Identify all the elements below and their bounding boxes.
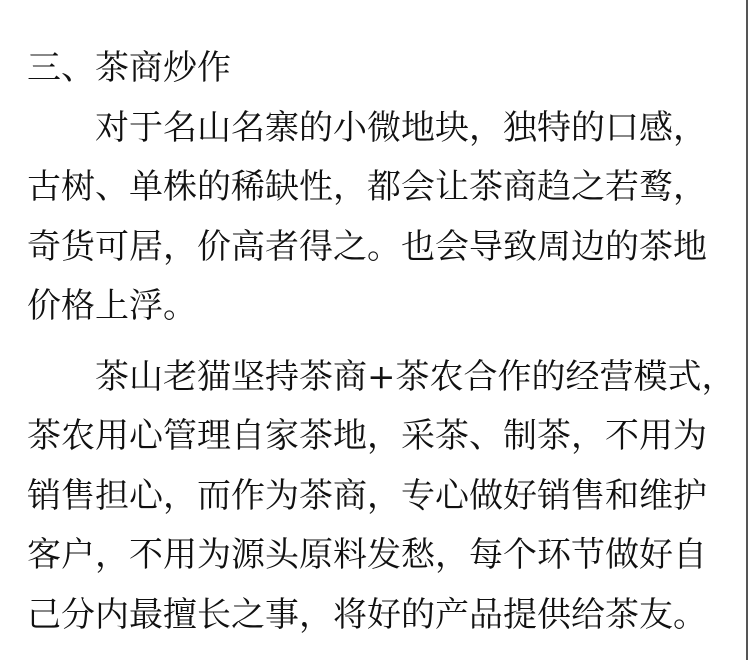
- paragraph-line: 客户，不用为源头原料发愁，每个环节做好自: [27, 526, 727, 586]
- paragraph-line: 茶山老猫坚持茶商+茶农合作的经营模式，: [27, 348, 727, 408]
- section-heading: 三、茶商炒作: [27, 39, 727, 99]
- paragraph-1: 对于名山名寨的小微地块，独特的口感， 古树、单株的稀缺性，都会让茶商趋之若鹜， …: [27, 99, 727, 337]
- paragraph-line: 奇货可居，价高者得之。也会导致周边的茶地: [27, 218, 727, 278]
- paragraph-2: 茶山老猫坚持茶商+茶农合作的经营模式， 茶农用心管理自家茶地，采茶、制茶，不用为…: [27, 348, 727, 646]
- paragraph-line: 销售担心，而作为茶商，专心做好销售和维护: [27, 467, 727, 527]
- paragraph-line: 古树、单株的稀缺性，都会让茶商趋之若鹜，: [27, 158, 727, 218]
- paragraph-line: 对于名山名寨的小微地块，独特的口感，: [27, 99, 727, 159]
- paragraph-line: 己分内最擅长之事，将好的产品提供给茶友。: [27, 586, 727, 646]
- document-page: 三、茶商炒作 对于名山名寨的小微地块，独特的口感， 古树、单株的稀缺性，都会让茶…: [0, 0, 748, 660]
- paragraph-line: 茶农用心管理自家茶地，采茶、制茶，不用为: [27, 407, 727, 467]
- paragraph-line: 价格上浮。: [27, 277, 727, 337]
- document-body: 三、茶商炒作 对于名山名寨的小微地块，独特的口感， 古树、单株的稀缺性，都会让茶…: [27, 39, 727, 645]
